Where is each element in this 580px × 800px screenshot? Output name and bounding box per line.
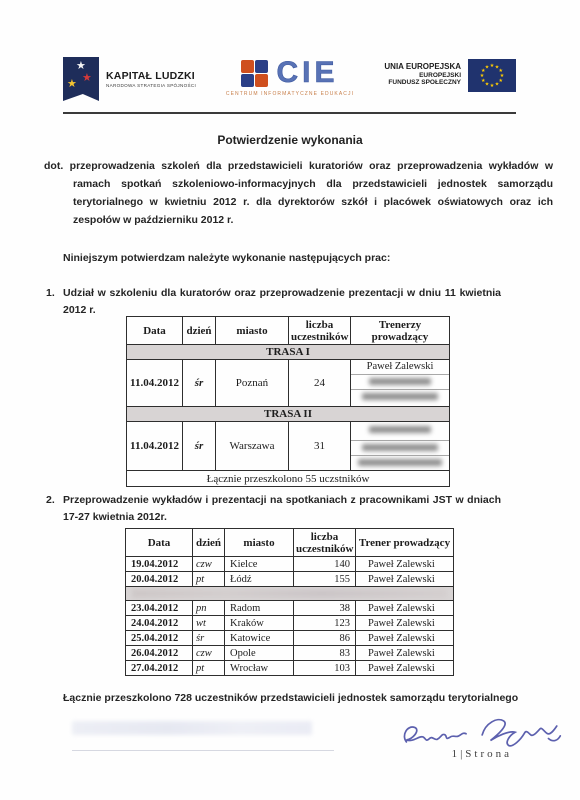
eu-title-line3: FUNDUSZ SPOŁECZNY [384, 79, 461, 86]
cell-city: Łódź [225, 572, 294, 587]
cie-logo: CIE CENTRUM INFORMATYCZNE EDUKACJI [215, 59, 365, 97]
table-row: 23.04.2012 pn Radom 38 Paweł Zalewski [126, 601, 454, 616]
table-row: 27.04.2012 pt Wrocław 103 Paweł Zalewski [126, 661, 454, 676]
intro-line: Niniejszym potwierdzam należyte wykonani… [63, 252, 390, 264]
cell-day: śr [183, 422, 216, 471]
redacted-name [351, 455, 449, 470]
cell-trainer: Paweł Zalewski [356, 616, 454, 631]
list-item-2-text: Przeprowadzenie wykładów i prezentacji n… [63, 492, 501, 526]
table1-band-trasa2: TRASA II [127, 407, 450, 422]
table-row: 20.04.2012 pt Łódź 155 Paweł Zalewski [126, 572, 454, 587]
table1-band-trasa1: TRASA I [127, 345, 450, 360]
cell-participants: 38 [294, 601, 356, 616]
cell-date: 11.04.2012 [127, 360, 183, 407]
col-header-dzien: dzień [193, 529, 225, 557]
cell-day: wt [193, 616, 225, 631]
redacted-row [126, 587, 454, 601]
cell-date: 25.04.2012 [126, 631, 193, 646]
document-header: ★ ★ ★ KAPITAŁ LUDZKI NARODOWA STRATEGIA … [63, 55, 516, 112]
star-icon: ★ [82, 73, 92, 84]
cell-participants: 123 [294, 616, 356, 631]
cell-day: pt [193, 572, 225, 587]
page-number: 1|Strona [0, 748, 512, 760]
cell-city: Radom [225, 601, 294, 616]
col-header-trener: Trener prowadzący [356, 529, 454, 557]
scanned-document-page: ★ ★ ★ KAPITAŁ LUDZKI NARODOWA STRATEGIA … [0, 0, 580, 800]
table1-total: Łącznie przeszkolono 55 uczstników [127, 471, 450, 487]
svg-text:★: ★ [490, 83, 495, 89]
cell-date: 11.04.2012 [127, 422, 183, 471]
cell-city: Warszawa [216, 422, 289, 471]
kapital-ludzki-logo: ★ ★ ★ KAPITAŁ LUDZKI NARODOWA STRATEGIA … [63, 57, 196, 101]
col-header-dzien: dzień [183, 317, 216, 345]
cell-city: Kielce [225, 557, 294, 572]
cell-city: Opole [225, 646, 294, 661]
band-label: TRASA II [127, 407, 450, 422]
cell-date: 24.04.2012 [126, 616, 193, 631]
table1-header-row: Data dzień miasto liczba uczestników Tre… [127, 317, 450, 345]
cell-participants: 31 [289, 422, 351, 471]
col-header-liczba: liczba uczestników [289, 317, 351, 345]
band-label: TRASA I [127, 345, 450, 360]
cell-participants: 155 [294, 572, 356, 587]
redacted-name [351, 374, 449, 389]
list-item-2-number: 2. [46, 492, 63, 526]
table-row: 26.04.2012 czw Opole 83 Paweł Zalewski [126, 646, 454, 661]
cell-date: 23.04.2012 [126, 601, 193, 616]
star-icon: ★ [76, 61, 86, 72]
svg-text:★: ★ [485, 64, 490, 70]
cie-subtitle: CENTRUM INFORMATYCZNE EDUKACJI [215, 91, 365, 97]
cell-day: pt [193, 661, 225, 676]
list-item-1: 1. Udział w szkoleniu dla kuratorów oraz… [46, 285, 501, 319]
cell-trainer: Paweł Zalewski [356, 631, 454, 646]
table2-header-row: Data dzień miasto liczba uczestników Tre… [126, 529, 454, 557]
cell-day: pn [193, 601, 225, 616]
cie-acronym: CIE [276, 59, 338, 87]
col-header-miasto: miasto [216, 317, 289, 345]
trainer-name: Paweł Zalewski [351, 360, 449, 374]
table-row: 25.04.2012 śr Katowice 86 Paweł Zalewski [126, 631, 454, 646]
eu-flag-icon: ★★★ ★★★ ★★★ ★★★ [468, 59, 516, 92]
eu-logo: UNIA EUROPEJSKA EUROPEJSKI FUNDUSZ SPOŁE… [384, 59, 516, 92]
list-item-2: 2. Przeprowadzenie wykładów i prezentacj… [46, 492, 501, 526]
cell-city: Wrocław [225, 661, 294, 676]
table-row: 11.04.2012 śr Warszawa 31 [127, 422, 450, 471]
document-title: Potwierdzenie wykonania [0, 133, 580, 147]
eu-title-line1: UNIA EUROPEJSKA [384, 62, 461, 71]
cell-date: 19.04.2012 [126, 557, 193, 572]
cell-day: śr [183, 360, 216, 407]
cell-day: czw [193, 557, 225, 572]
table-trainings-kuratoria: Data dzień miasto liczba uczestników Tre… [126, 316, 450, 487]
cell-day: czw [193, 646, 225, 661]
col-header-trenerzy: Trenerzy prowadzący [351, 317, 450, 345]
cell-date: 26.04.2012 [126, 646, 193, 661]
cell-participants: 140 [294, 557, 356, 572]
kapital-ludzki-subtitle: NARODOWA STRATEGIA SPÓJNOŚCI [106, 83, 196, 88]
redacted-name [351, 440, 449, 455]
kapital-ludzki-title: KAPITAŁ LUDZKI [106, 70, 196, 82]
redacted-name [351, 389, 449, 404]
table-lectures-jst: Data dzień miasto liczba uczestników Tre… [125, 528, 454, 676]
col-header-miasto: miasto [225, 529, 294, 557]
cell-participants: 24 [289, 360, 351, 407]
cell-date: 20.04.2012 [126, 572, 193, 587]
cell-day: śr [193, 631, 225, 646]
cell-trainer: Paweł Zalewski [356, 557, 454, 572]
col-header-data: Data [127, 317, 183, 345]
cell-trainers: Paweł Zalewski [351, 360, 450, 407]
cell-trainer: Paweł Zalewski [356, 572, 454, 587]
cell-city: Katowice [225, 631, 294, 646]
kapital-ludzki-flag-icon: ★ ★ ★ [63, 57, 99, 101]
cell-trainer: Paweł Zalewski [356, 661, 454, 676]
table-row: 11.04.2012 śr Poznań 24 Paweł Zalewski [127, 360, 450, 407]
list-item-1-text: Udział w szkoleniu dla kuratorów oraz pr… [63, 285, 501, 319]
table-row: 24.04.2012 wt Kraków 123 Paweł Zalewski [126, 616, 454, 631]
cell-date: 27.04.2012 [126, 661, 193, 676]
redacted-name [351, 426, 449, 440]
document-subject: dot. przeprowadzenia szkoleń dla przedst… [44, 157, 553, 229]
cell-city: Kraków [225, 616, 294, 631]
table1-footer-row: Łącznie przeszkolono 55 uczstników [127, 471, 450, 487]
table-row: 19.04.2012 czw Kielce 140 Paweł Zalewski [126, 557, 454, 572]
cell-participants: 103 [294, 661, 356, 676]
closing-summary: Łącznie przeszkolono 728 uczestników prz… [63, 690, 543, 707]
cie-squares-icon [241, 60, 268, 87]
eu-title-line2: EUROPEJSKI [384, 72, 461, 79]
cell-participants: 86 [294, 631, 356, 646]
star-icon: ★ [67, 79, 77, 90]
svg-text:★: ★ [495, 82, 500, 88]
col-header-data: Data [126, 529, 193, 557]
col-header-liczba: liczba uczestników [294, 529, 356, 557]
cell-city: Poznań [216, 360, 289, 407]
cell-trainer: Paweł Zalewski [356, 601, 454, 616]
cell-trainer: Paweł Zalewski [356, 646, 454, 661]
header-divider [63, 112, 516, 114]
list-item-1-number: 1. [46, 285, 63, 319]
cell-trainers [351, 422, 450, 471]
cell-participants: 83 [294, 646, 356, 661]
bleedthrough-artifact [72, 721, 312, 735]
